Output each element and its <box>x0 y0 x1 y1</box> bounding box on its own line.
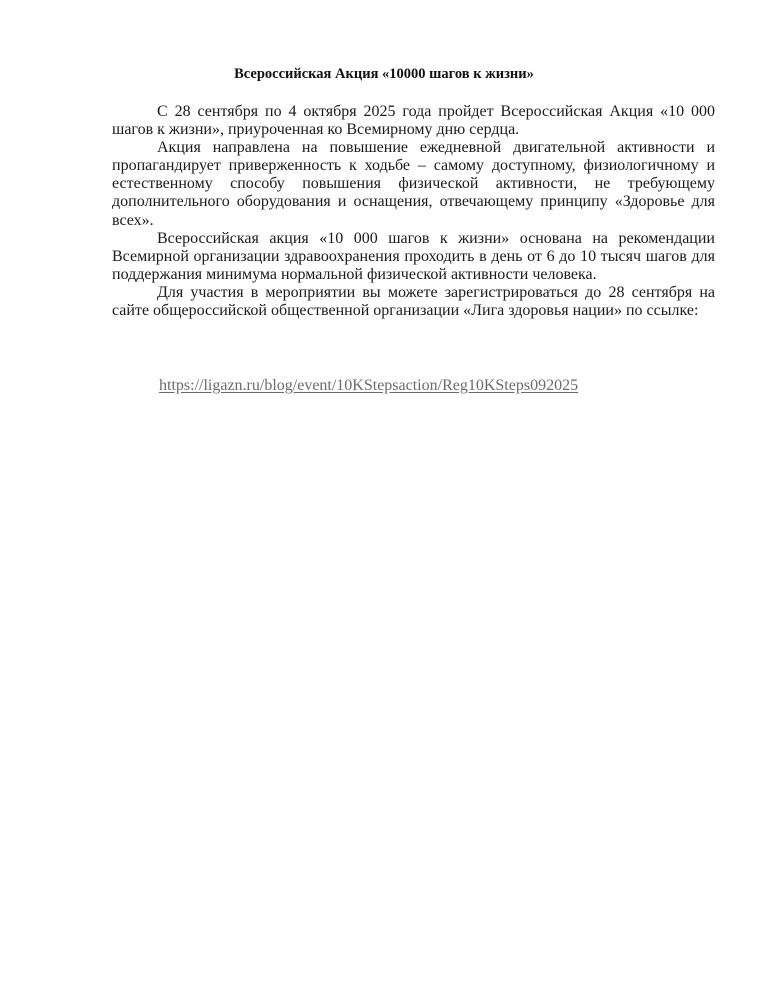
paragraph-goal: Акция направлена на повышение ежедневной… <box>112 139 715 229</box>
registration-link[interactable]: https://ligazn.ru/blog/event/10KStepsact… <box>159 377 578 395</box>
document-title: Всероссийская Акция «10000 шагов к жизни… <box>0 66 768 83</box>
paragraph-dates: С 28 сентября по 4 октября 2025 года про… <box>112 103 715 139</box>
paragraph-registration: Для участия в мероприятии вы можете заре… <box>112 284 715 320</box>
document-body: С 28 сентября по 4 октября 2025 года про… <box>112 103 715 320</box>
document-page: Всероссийская Акция «10000 шагов к жизни… <box>0 0 768 994</box>
paragraph-who-recommendation: Всероссийская акция «10 000 шагов к жизн… <box>112 230 715 284</box>
